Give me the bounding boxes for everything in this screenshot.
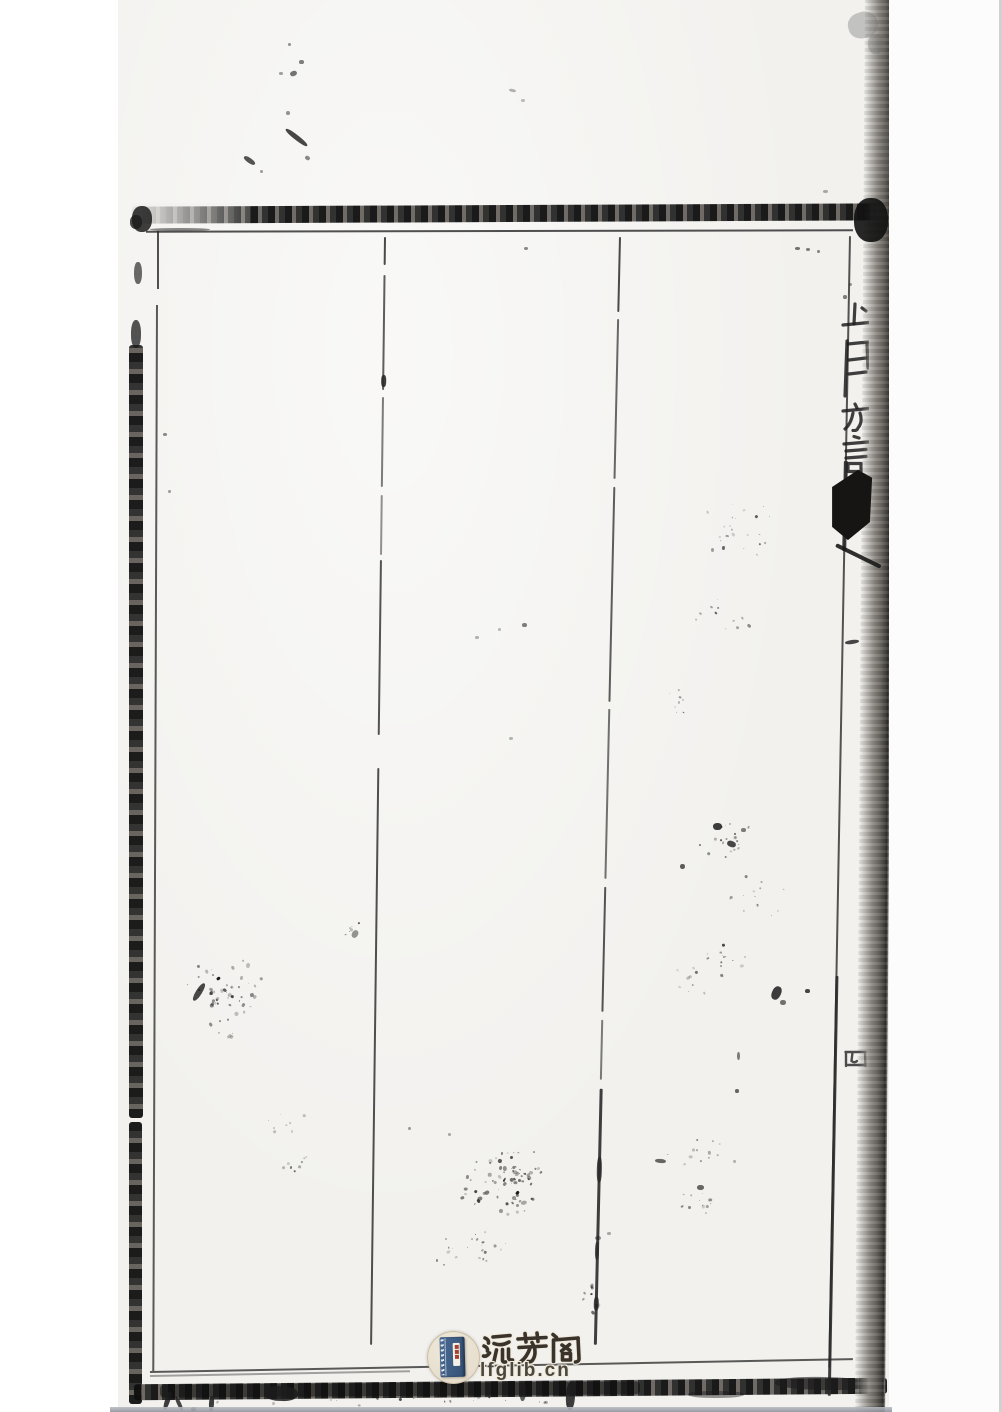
ink-stain xyxy=(496,1195,499,1198)
frame-left-outer-band-lower xyxy=(129,1122,142,1404)
ink-mark xyxy=(131,320,141,348)
glyph-ge xyxy=(553,1335,579,1363)
ink-stain xyxy=(466,1174,469,1178)
ink-stain xyxy=(480,1248,484,1251)
scan-bottom-edge-line xyxy=(110,1407,892,1412)
ink-stain xyxy=(756,553,758,555)
ink-stain xyxy=(505,1201,508,1205)
ink-stain xyxy=(726,838,728,840)
ink-stain xyxy=(702,1204,705,1208)
ink-stain xyxy=(470,1237,472,1240)
ink-stain xyxy=(699,843,701,845)
right-white-margin xyxy=(889,0,1002,1412)
ink-mark xyxy=(868,34,884,54)
watermark-url: lfglib.cn xyxy=(480,1360,571,1382)
ink-stain xyxy=(410,1395,412,1398)
ink-stain xyxy=(268,1120,269,1121)
column-segment xyxy=(384,237,387,265)
ink-mark xyxy=(607,1232,611,1235)
ink-stain xyxy=(705,1204,709,1208)
watermark-badge-circle xyxy=(427,1331,480,1384)
ink-mark xyxy=(713,823,722,830)
frame-left-outer-band xyxy=(129,345,143,1118)
ink-stain xyxy=(514,1181,518,1185)
ink-mark xyxy=(737,1052,740,1060)
ink-mark xyxy=(595,1236,601,1240)
ink-stain xyxy=(475,1161,477,1163)
ink-stain xyxy=(220,988,224,992)
ink-stain xyxy=(732,504,733,505)
ink-mark xyxy=(735,1089,739,1093)
ink-stain xyxy=(501,1152,504,1155)
ink-mark xyxy=(524,247,528,250)
ink-stain xyxy=(436,1258,438,1261)
ink-mark xyxy=(688,1391,744,1398)
ink-mark xyxy=(805,989,810,993)
column-ink-blob xyxy=(381,375,386,387)
ink-stain xyxy=(300,1394,304,1397)
ink-mark xyxy=(780,1000,786,1005)
ink-mark xyxy=(448,1133,451,1136)
ink-stain xyxy=(736,840,738,842)
ink-stain xyxy=(688,1206,691,1209)
ink-mark xyxy=(299,60,304,64)
ink-mark xyxy=(854,198,888,242)
ink-stain xyxy=(758,543,761,546)
ink-mark xyxy=(498,628,501,631)
ink-stain xyxy=(669,692,670,694)
ink-mark xyxy=(823,190,828,193)
glyph-liu xyxy=(484,1336,513,1363)
ink-mark xyxy=(680,864,685,869)
ink-mark xyxy=(849,283,852,286)
ink-stain xyxy=(253,1396,254,1397)
ink-mark xyxy=(795,247,800,250)
ink-stain xyxy=(679,696,682,699)
ink-stain xyxy=(485,1181,487,1183)
ink-stain xyxy=(735,625,739,629)
book-seal-mark xyxy=(454,1355,458,1359)
book-seal-mark xyxy=(454,1350,458,1354)
ink-stain xyxy=(761,881,763,883)
ink-stain xyxy=(722,545,725,549)
ink-stain xyxy=(287,1161,291,1164)
ink-mark xyxy=(817,250,820,253)
ink-stain xyxy=(752,890,755,892)
ink-stain xyxy=(726,534,729,537)
ink-stain xyxy=(589,1293,591,1295)
ink-mark xyxy=(288,43,291,46)
ink-stain xyxy=(758,533,760,535)
book-title-label xyxy=(453,1343,461,1366)
ink-stain xyxy=(303,1113,306,1116)
ink-stain xyxy=(757,903,759,905)
ink-mark xyxy=(264,1385,299,1401)
ink-stain xyxy=(444,1401,446,1403)
ink-stain xyxy=(702,1193,703,1194)
ink-mark xyxy=(408,1127,411,1130)
ink-stain xyxy=(335,1400,336,1401)
ink-stain xyxy=(470,1178,472,1181)
ink-stain xyxy=(493,1244,496,1248)
glyph-fang xyxy=(518,1333,546,1362)
scanned-genealogy-page: lfglib.cn xyxy=(0,0,1002,1412)
book-spine-line xyxy=(445,1338,447,1376)
ink-stain xyxy=(330,1398,332,1400)
ink-stain xyxy=(711,1140,713,1142)
ink-stain xyxy=(300,1160,303,1163)
ink-stain xyxy=(675,712,676,713)
frame-left-inner-line-upper xyxy=(157,231,159,289)
ink-stain xyxy=(243,1010,245,1013)
book-seal-mark xyxy=(454,1345,458,1349)
ink-mark xyxy=(522,623,527,627)
ink-mark xyxy=(697,1185,704,1190)
ink-stain xyxy=(732,1159,736,1163)
ink-mark xyxy=(260,170,263,173)
ink-stain xyxy=(502,1171,504,1173)
ink-mark xyxy=(150,228,210,231)
ink-stain xyxy=(677,700,680,703)
ink-mark xyxy=(168,490,171,493)
ink-stain xyxy=(218,1019,221,1022)
ink-mark xyxy=(279,72,283,75)
ink-mark xyxy=(286,111,290,115)
watermark: lfglib.cn xyxy=(424,1328,684,1388)
ink-mark xyxy=(843,295,847,299)
ink-mark xyxy=(132,206,152,232)
book-icon xyxy=(439,1337,465,1378)
ink-stain xyxy=(499,1209,503,1213)
ink-stain xyxy=(285,1124,288,1126)
ink-mark xyxy=(521,99,525,102)
ink-stain xyxy=(447,1247,448,1249)
ink-stain xyxy=(466,1246,468,1248)
ink-mark xyxy=(163,433,167,436)
ink-stain xyxy=(473,1400,474,1401)
ink-mark xyxy=(741,828,746,832)
ink-stain xyxy=(590,1286,594,1290)
ink-mark xyxy=(134,262,142,284)
ink-stain xyxy=(719,838,722,841)
ink-stain xyxy=(735,517,736,518)
ink-stain xyxy=(498,1189,499,1190)
ink-stain xyxy=(746,825,749,828)
ink-stain xyxy=(708,1198,712,1201)
ink-stain xyxy=(521,1175,523,1177)
ink-mark xyxy=(806,248,810,251)
ink-stain xyxy=(509,1155,513,1159)
ink-stain xyxy=(187,984,189,986)
ink-stain xyxy=(717,1153,719,1155)
ink-stain xyxy=(259,976,263,980)
ink-stain xyxy=(483,1192,486,1195)
ink-stain xyxy=(484,1250,487,1253)
ink-stain xyxy=(718,1143,720,1145)
ink-stain xyxy=(531,1198,533,1200)
ink-stain xyxy=(521,1180,524,1182)
ink-stain xyxy=(445,1238,447,1240)
ink-stain xyxy=(777,910,779,912)
ink-stain xyxy=(488,1172,492,1176)
ink-mark xyxy=(475,636,479,639)
ink-stain xyxy=(516,1204,520,1207)
ink-stain xyxy=(517,1152,519,1153)
ink-mark xyxy=(509,737,513,740)
ink-stain xyxy=(297,1165,301,1169)
ink-stain xyxy=(210,991,213,995)
